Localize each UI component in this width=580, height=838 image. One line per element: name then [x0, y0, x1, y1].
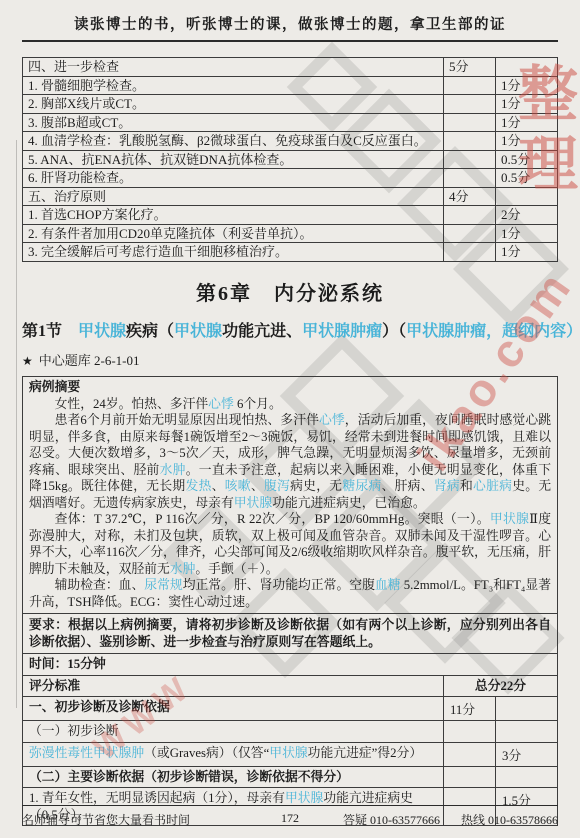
- criterion-cell: 弥漫性毒性甲状腺肿（或Graves病）（仅答“甲状腺功能亢进症”得2分）: [23, 742, 444, 766]
- criterion-cell: 5. ANA、抗ENA抗体、抗双链DNA抗体检查。: [23, 150, 444, 169]
- text-run: 2. 有条件者加用CD20单克隆抗体（利妥昔单抗）。: [28, 226, 313, 241]
- text-run: 1. 骨髓细胞学检查。: [28, 78, 145, 93]
- case-summary-cell: 病例摘要 女性，24岁。怕热、多汗伴心悸 6个月。患者6个月前开始无明显原因出现…: [23, 376, 558, 614]
- item-score-cell: 1分: [496, 243, 558, 262]
- text-run: 3. 完全缓解后可考虑行造血干细胞移植治疗。: [28, 244, 288, 259]
- star-icon: ★: [22, 354, 33, 368]
- score-row: 1. 骨髓细胞学检查。1分: [23, 76, 558, 95]
- text-run: ）（: [382, 323, 406, 340]
- text-run: 。手颤（＋）。: [195, 562, 278, 576]
- section-score-cell: 4分: [444, 187, 496, 206]
- text-run: 1. 首选CHOP方案化疗。: [28, 207, 167, 222]
- keyword-highlight: 心悸: [319, 413, 345, 427]
- criterion-cell: 一、初步诊断及诊断依据: [23, 697, 444, 721]
- item-score-cell: [495, 697, 557, 721]
- text-run: （一）初步诊断: [29, 724, 119, 738]
- text-run: 3. 腹部B超或CT。: [28, 115, 131, 130]
- keyword-highlight: 腹泻: [264, 479, 290, 493]
- criterion-cell: 4. 血清学检查：乳酸脱氢酶、β2微球蛋白、免疫球蛋白及C反应蛋白。: [23, 132, 444, 151]
- item-score-cell: 3分: [495, 742, 557, 766]
- text-run: 患者6个月前开始无明显原因出现怕热、多汗伴: [55, 413, 319, 427]
- item-score-cell: 1分: [496, 113, 558, 132]
- criterion-cell: 2. 胸部X线片或CT。: [23, 95, 444, 114]
- text-run: 2. 胸部X线片或CT。: [28, 96, 145, 111]
- score-row: 1. 首选CHOP方案化疗。2分: [23, 206, 558, 225]
- criterion-cell: 3. 完全缓解后可考虑行造血干细胞移植治疗。: [23, 243, 444, 262]
- text-run: 6个月。: [234, 397, 282, 411]
- running-head-rule: [22, 40, 558, 42]
- keyword-highlight: 甲状腺: [234, 496, 272, 510]
- text-run: 第1节: [22, 323, 78, 340]
- keyword-highlight: 发热: [186, 479, 212, 493]
- section-score-cell: [444, 169, 496, 188]
- score-row: （二）主要诊断依据（初步诊断错误，诊断依据不得分）: [23, 766, 558, 788]
- case-paragraph: 女性，24岁。怕热、多汗伴心悸 6个月。: [29, 396, 551, 413]
- keyword-highlight: 甲状腺: [269, 746, 307, 760]
- text-run: 5. ANA、抗ENA抗体、抗双链DNA抗体检查。: [28, 152, 292, 167]
- score-row: 3. 完全缓解后可考虑行造血干细胞移植治疗。1分: [23, 243, 558, 262]
- page-number: 172: [22, 811, 558, 826]
- item-score-cell: 1分: [496, 76, 558, 95]
- item-score-cell: [496, 58, 558, 77]
- keyword-highlight: 甲状腺: [285, 791, 323, 805]
- text-run: 4. 血清学检查：乳酸脱氢酶、β2微球蛋白、免疫球蛋白及C反应蛋白。: [28, 133, 427, 148]
- book-page: 读张博士的书，听张博士的课，做张博士的题，拿卫生部的证 四、进一步检查5分1. …: [0, 0, 580, 838]
- text-run: 功能亢进、: [222, 323, 302, 340]
- text-run: 、: [251, 479, 264, 493]
- section-score-cell: [444, 132, 496, 151]
- text-run: 四、进一步检查: [28, 59, 119, 74]
- text-run: 一、初步诊断及诊断依据: [29, 700, 170, 714]
- text-run: 6. 肝肾功能检查。: [28, 170, 132, 185]
- criterion-cell: 6. 肝肾功能检查。: [23, 169, 444, 188]
- text-run: （或Graves病）（仅答“: [144, 746, 269, 760]
- chapter-title: 第6章 内分泌系统: [22, 277, 558, 306]
- section-score-cell: [444, 206, 496, 225]
- case-paragraph: 患者6个月前开始无明显原因出现怕热、多汗伴心悸，活动后加重，夜间睡眠时感觉心跳明…: [29, 412, 551, 511]
- text-run: 女性，24岁。怕热、多汗伴: [55, 397, 209, 411]
- score-row: 6. 肝肾功能检查。0.5分: [23, 169, 558, 188]
- text-run: 、肝病、: [382, 479, 434, 493]
- score-row: 5. ANA、抗ENA抗体、抗双链DNA抗体检查。0.5分: [23, 150, 558, 169]
- score-header-total: 总分22分: [443, 675, 557, 697]
- case-paragraphs: 女性，24岁。怕热、多汗伴心悸 6个月。患者6个月前开始无明显原因出现怕热、多汗…: [29, 396, 551, 611]
- time-row: 时间：15分钟: [23, 654, 558, 676]
- section-score-cell: [443, 742, 495, 766]
- text-run: 查体：T 37.2℃，P 116次／分，R 22次／分，BP 120/60mmH…: [55, 512, 490, 526]
- page-content: 读张博士的书，听张博士的课，做张博士的题，拿卫生部的证 四、进一步检查5分1. …: [0, 0, 580, 826]
- case-paragraph: 辅助检查：血、尿常规均正常。肝、肾功能均正常。空腹血糖 5.2mmol/L。FT…: [29, 577, 551, 610]
- text-run: 疾病（: [126, 323, 174, 340]
- section-score-cell: 5分: [444, 58, 496, 77]
- text-run: 五、治疗原则: [28, 189, 106, 204]
- criterion-cell: 1. 首选CHOP方案化疗。: [23, 206, 444, 225]
- keyword-highlight: 弥漫性毒性甲状腺肿: [29, 746, 144, 760]
- score-row: 2. 有条件者加用CD20单克隆抗体（利妥昔单抗）。1分: [23, 224, 558, 243]
- keyword-highlight: 水肿: [160, 463, 186, 477]
- text-run: （二）主要诊断依据（初步诊断错误，诊断依据不得分）: [29, 770, 349, 784]
- item-score-cell: [496, 187, 558, 206]
- text-run: 和: [460, 479, 473, 493]
- section-score-cell: [443, 721, 495, 743]
- section-score-cell: [444, 224, 496, 243]
- keyword-highlight: 血糖: [375, 578, 401, 592]
- item-score-cell: 2分: [496, 206, 558, 225]
- requirement-cell: 要求：根据以上病例摘要，请将初步诊断及诊断依据（如有两个以上诊断，应分别列出各自…: [23, 614, 558, 654]
- criterion-cell: （二）主要诊断依据（初步诊断错误，诊断依据不得分）: [23, 766, 444, 788]
- text-run: 1. 青年女性，无明显诱因起病（1分），母亲有: [29, 791, 285, 805]
- question-bank-line: ★中心题库 2-6-1-01: [22, 350, 558, 369]
- keyword-highlight: 糖尿病: [342, 479, 381, 493]
- score-row: 4. 血清学检查：乳酸脱氢酶、β2微球蛋白、免疫球蛋白及C反应蛋白。1分: [23, 132, 558, 151]
- score-row: （一）初步诊断: [23, 721, 558, 743]
- case-table-body: 病例摘要 女性，24岁。怕热、多汗伴心悸 6个月。患者6个月前开始无明显原因出现…: [23, 376, 558, 826]
- criterion-cell: 五、治疗原则: [23, 187, 444, 206]
- item-score-cell: 0.5分: [496, 150, 558, 169]
- score-row: 五、治疗原则4分: [23, 187, 558, 206]
- score-row: 四、进一步检查5分: [23, 58, 558, 77]
- case-and-score-table: 病例摘要 女性，24岁。怕热、多汗伴心悸 6个月。患者6个月前开始无明显原因出现…: [22, 376, 558, 827]
- keyword-highlight: 甲状腺: [78, 323, 126, 340]
- keyword-highlight: 甲状腺肿瘤: [302, 323, 382, 340]
- page-footer: 172 名师辅导可节省您大量看书时间 答疑 010-63577666 热线 01…: [22, 805, 558, 828]
- case-paragraph: 查体：T 37.2℃，P 116次／分，R 22次／分，BP 120/60mmH…: [29, 511, 551, 577]
- text-run: 、: [212, 479, 225, 493]
- further-exam-score-table: 四、进一步检查5分1. 骨髓细胞学检查。1分2. 胸部X线片或CT。1分3. 腹…: [22, 57, 558, 262]
- score-row: 3. 腹部B超或CT。1分: [23, 113, 558, 132]
- criterion-cell: 四、进一步检查: [23, 58, 444, 77]
- text-run: 功能亢进症病史，已治愈。: [272, 496, 426, 510]
- keyword-highlight: 肾病: [434, 479, 460, 493]
- text-run: 病史，无: [290, 479, 342, 493]
- section-title: 第1节 甲状腺疾病（甲状腺功能亢进、甲状腺肿瘤）（甲状腺肿瘤，超纲内容）: [22, 318, 558, 341]
- text-run: 辅助检查：血、: [55, 578, 145, 592]
- case-summary-title: 病例摘要: [29, 379, 551, 396]
- section-score-cell: [444, 113, 496, 132]
- case-summary-row: 病例摘要 女性，24岁。怕热、多汗伴心悸 6个月。患者6个月前开始无明显原因出现…: [23, 376, 558, 614]
- criterion-cell: （一）初步诊断: [23, 721, 444, 743]
- item-score-cell: 1分: [496, 224, 558, 243]
- criterion-cell: 3. 腹部B超或CT。: [23, 113, 444, 132]
- section-score-cell: [444, 150, 496, 169]
- score-header-row: 评分标准 总分22分: [23, 675, 558, 697]
- section-score-cell: [444, 95, 496, 114]
- section-score-cell: 11分: [443, 697, 495, 721]
- keyword-highlight: 水肿: [170, 562, 196, 576]
- keyword-highlight: 甲状腺: [174, 323, 222, 340]
- keyword-highlight: 咳嗽: [225, 479, 251, 493]
- score-row: 一、初步诊断及诊断依据11分: [23, 697, 558, 721]
- text-run: 要求：根据以上病例摘要，请将初步诊断及诊断依据（如有两个以上诊断，应分别列出各自…: [29, 618, 551, 649]
- item-score-cell: 1分: [496, 95, 558, 114]
- text-run: 均正常。肝、肾功能均正常。空腹: [183, 578, 375, 592]
- section-score-cell: [444, 243, 496, 262]
- score-row: 2. 胸部X线片或CT。1分: [23, 95, 558, 114]
- score-header-label: 评分标准: [23, 675, 444, 697]
- criterion-cell: 1. 骨髓细胞学检查。: [23, 76, 444, 95]
- keyword-highlight: 心悸: [208, 397, 234, 411]
- item-score-cell: [495, 721, 557, 743]
- item-score-cell: 1分: [496, 132, 558, 151]
- criterion-cell: 2. 有条件者加用CD20单克隆抗体（利妥昔单抗）。: [23, 224, 444, 243]
- keyword-highlight: 心脏病: [473, 479, 512, 493]
- keyword-highlight: 甲状腺: [490, 512, 529, 526]
- section-score-cell: [444, 76, 496, 95]
- score-row: 弥漫性毒性甲状腺肿（或Graves病）（仅答“甲状腺功能亢进症”得2分）3分: [23, 742, 558, 766]
- question-bank-label: 中心题库 2-6-1-01: [39, 353, 140, 368]
- time-cell: 时间：15分钟: [23, 654, 558, 676]
- keyword-highlight: 甲状腺肿瘤，超纲内容）: [406, 323, 580, 340]
- section-score-cell: [443, 766, 495, 788]
- requirement-row: 要求：根据以上病例摘要，请将初步诊断及诊断依据（如有两个以上诊断，应分别列出各自…: [23, 614, 558, 654]
- item-score-cell: 0.5分: [496, 169, 558, 188]
- item-score-cell: [495, 766, 557, 788]
- text-run: 功能亢进症”得2分）: [308, 746, 422, 760]
- running-head: 读张博士的书，听张博士的课，做张博士的题，拿卫生部的证: [22, 0, 558, 34]
- keyword-highlight: 尿常规: [144, 578, 182, 592]
